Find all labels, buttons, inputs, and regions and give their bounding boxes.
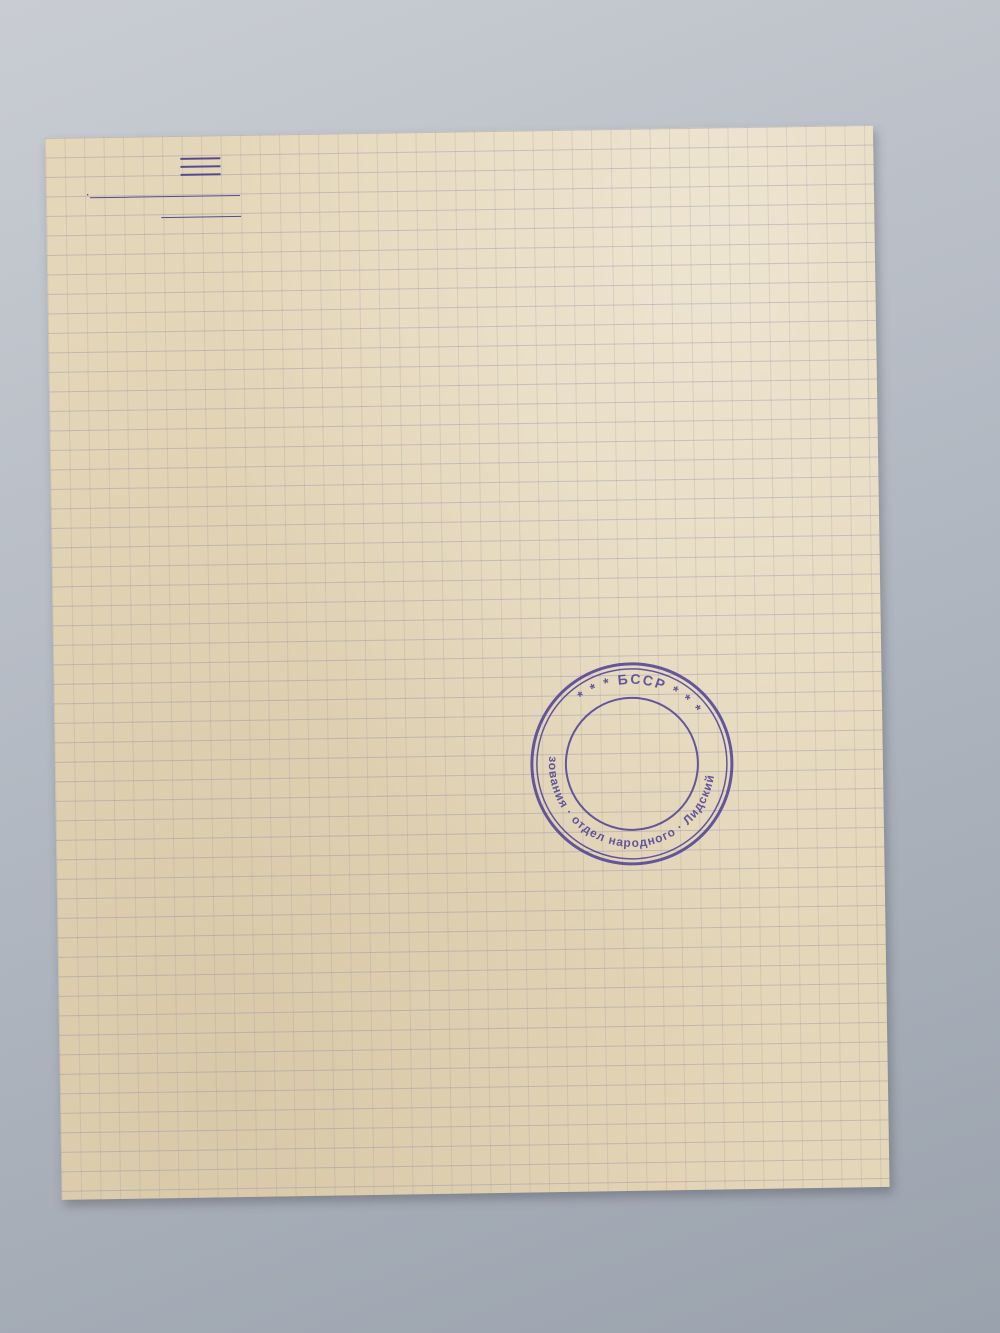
divider (180, 165, 220, 168)
number-field (86, 203, 316, 220)
divider (180, 157, 220, 160)
letterhead-stamp: . (85, 154, 316, 232)
round-seal-stamp: * * * БССР * * * образования · отдел нар… (515, 647, 749, 881)
number-blank (161, 204, 241, 218)
seal-ring-icon: * * * БССР * * * образования · отдел нар… (515, 647, 749, 881)
date-field: . (86, 180, 316, 199)
grid-paper-sheet: . * * * БССР * * * образова (45, 125, 890, 1200)
date-month-blank (129, 183, 239, 198)
divider (181, 173, 221, 176)
date-day-blank (89, 185, 129, 199)
letterhead-city (86, 228, 316, 232)
